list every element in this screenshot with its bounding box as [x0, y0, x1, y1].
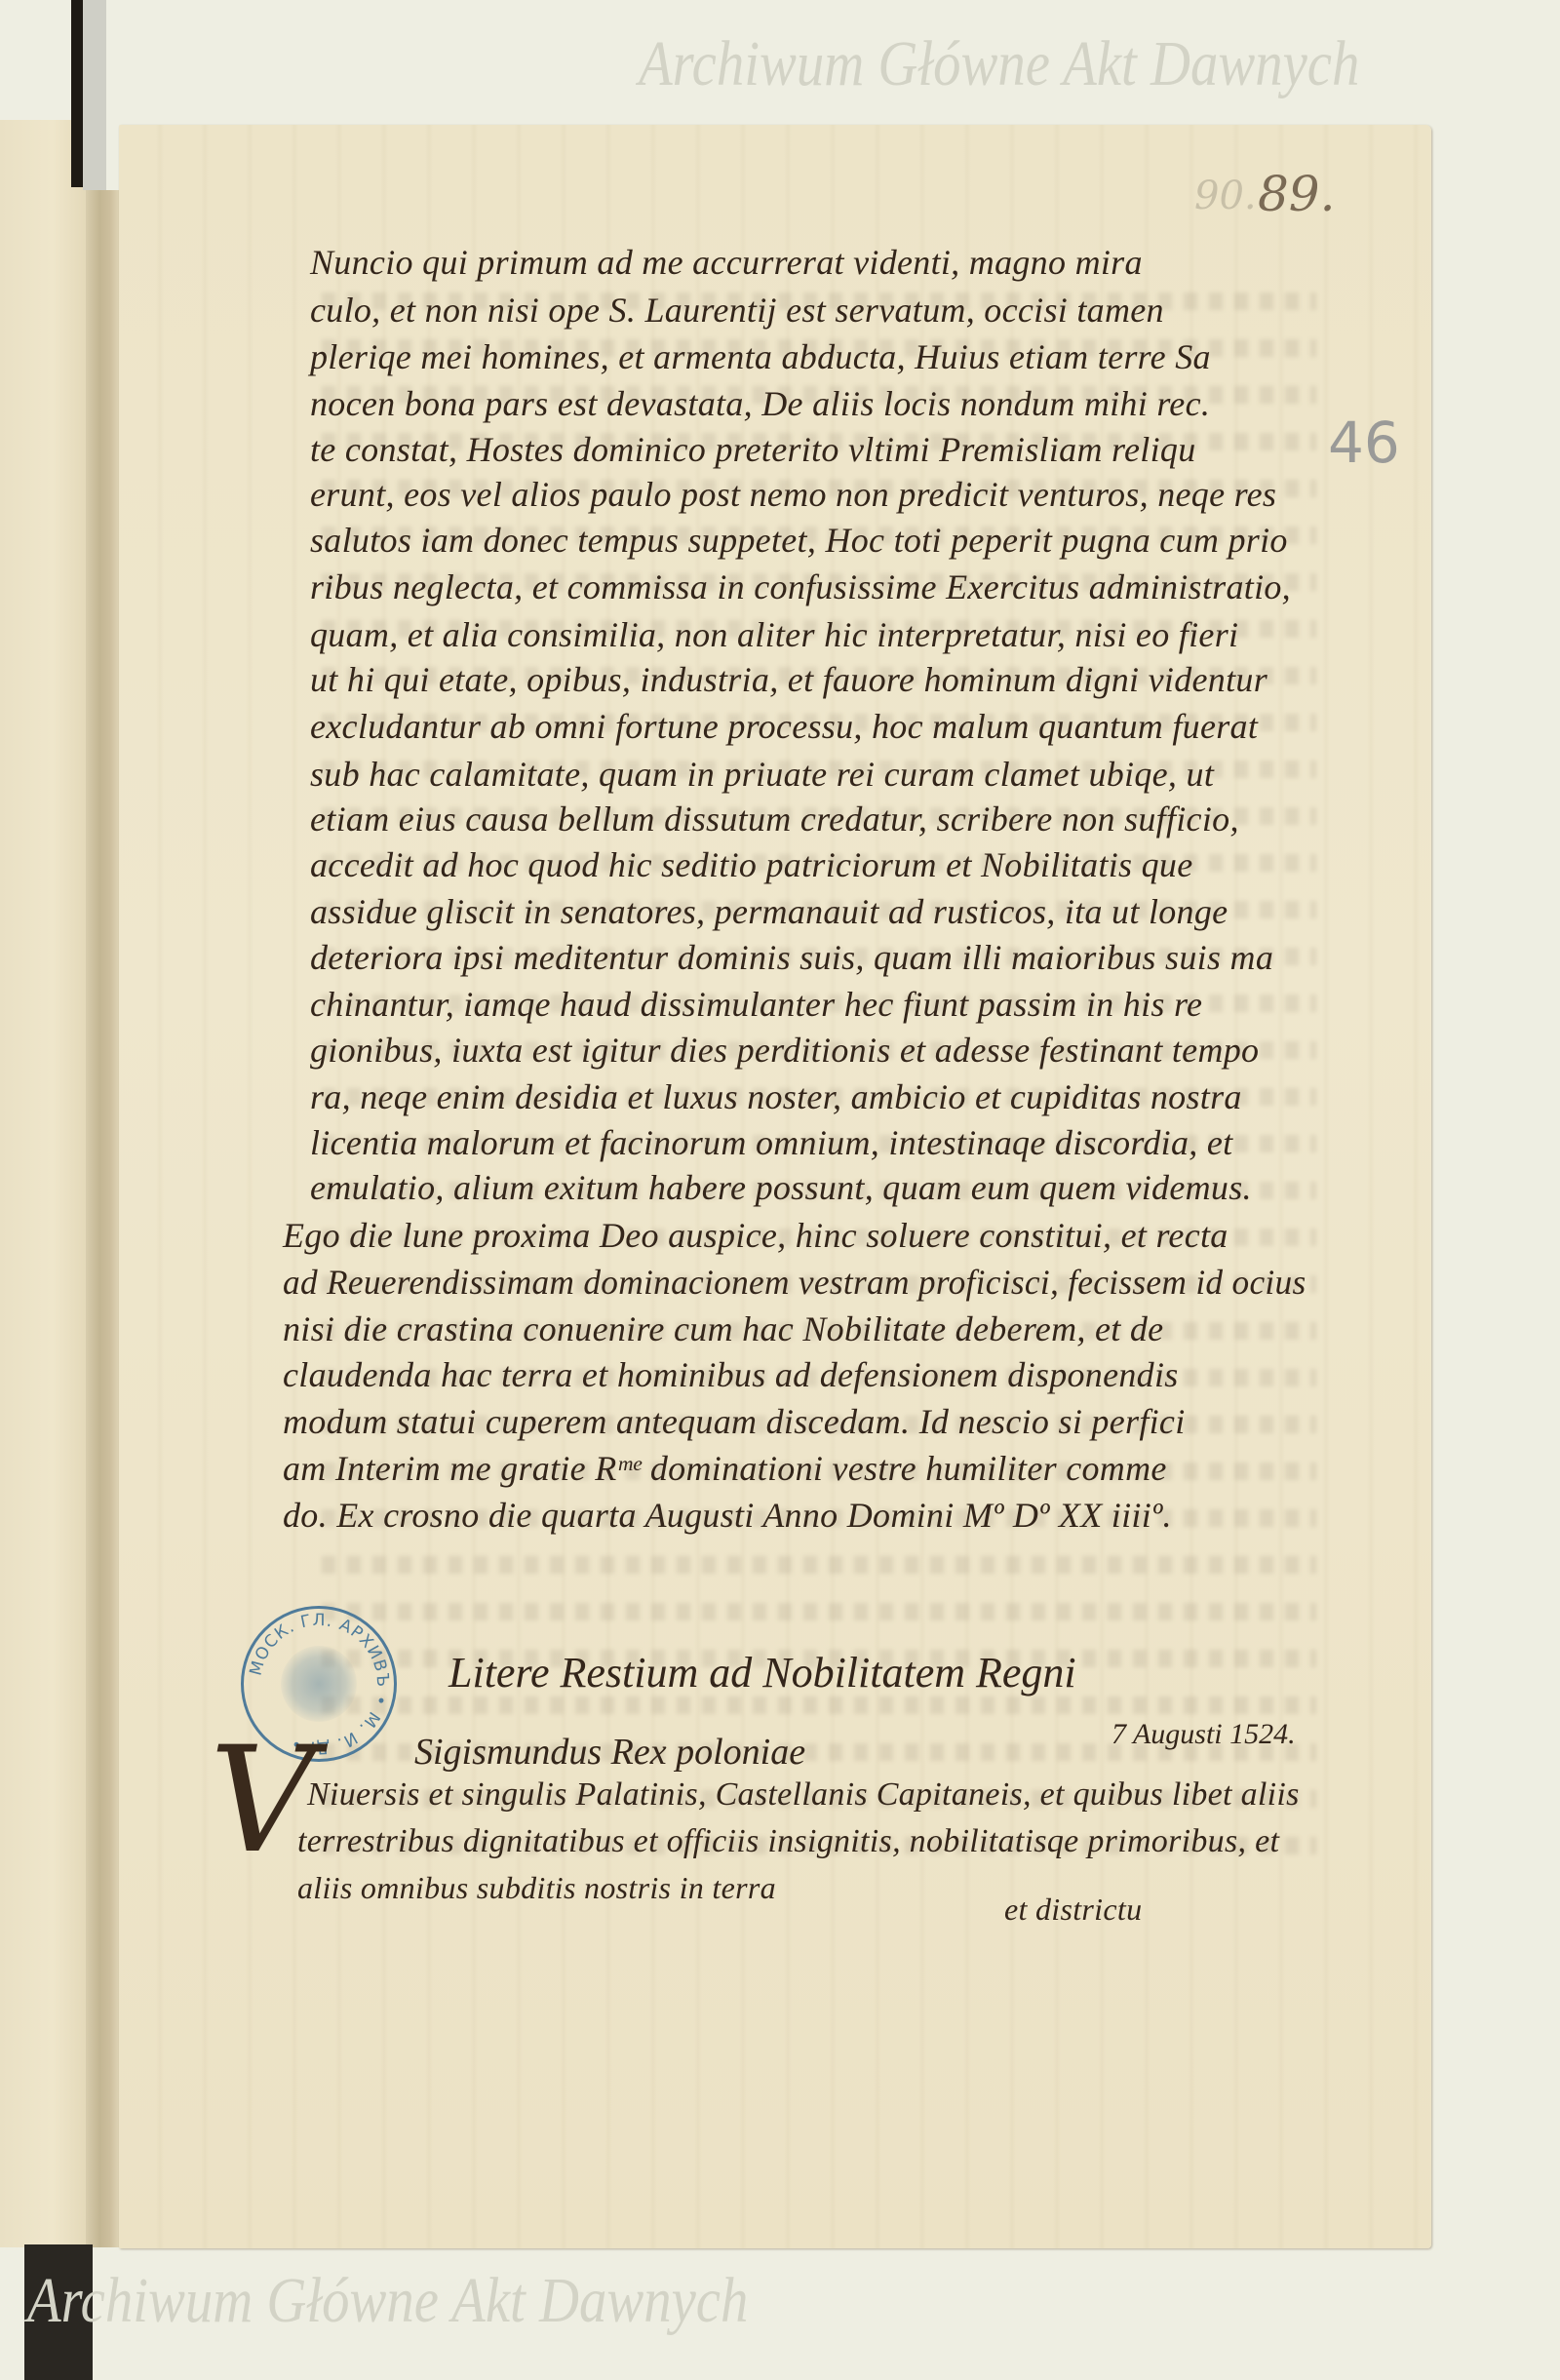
text-line: accedit ad hoc quod hic seditio patricio… — [310, 844, 1334, 885]
text-line: ra, neqe enim desidia et luxus noster, a… — [310, 1076, 1334, 1117]
text-line: deteriora ipsi meditentur dominis suis, … — [310, 937, 1334, 978]
text-line: licentia malorum et facinorum omnium, in… — [310, 1122, 1334, 1163]
document-heading: Litere Restium ad Nobilitatem Regni — [448, 1648, 1076, 1697]
text-line: erunt, eos vel alios paulo post nemo non… — [310, 474, 1334, 515]
text-line: chinantur, iamqe haud dissimulanter hec … — [310, 984, 1334, 1025]
text-line: ut hi qui etate, opibus, industria, et f… — [310, 659, 1334, 700]
bleed-through-stroke — [322, 1697, 1316, 1714]
text-line: terrestribus dignitatibus et officiis in… — [297, 1823, 1321, 1860]
text-line: Nuncio qui primum ad me accurrerat viden… — [310, 242, 1334, 283]
text-line: pleriqe mei homines, et armenta abducta,… — [310, 336, 1334, 377]
text-line: do. Ex crosno die quarta Augusti Anno Do… — [283, 1495, 1306, 1536]
text-line: excludantur ab omni fortune processu, ho… — [310, 706, 1334, 747]
text-line: nocen bona pars est devastata, De aliis … — [310, 383, 1334, 424]
archive-watermark-bottom: Archiwum Główne Akt Dawnych — [27, 2264, 748, 2338]
text-line: salutos iam donec tempus suppetet, Hoc t… — [310, 520, 1334, 561]
date-annotation: 7 Augusti 1524. — [1111, 1718, 1296, 1751]
text-line: sub hac calamitate, quam in priuate rei … — [310, 754, 1334, 795]
text-line: am Interim me gratie Rᵐᵉ dominationi ves… — [283, 1448, 1306, 1489]
text-line: te constat, Hostes dominico preterito vl… — [310, 429, 1334, 470]
left-facing-page — [0, 120, 88, 2247]
archive-watermark-top: Archiwum Główne Akt Dawnych — [639, 27, 1359, 101]
text-line: Ego die lune proxima Deo auspice, hinc s… — [283, 1215, 1306, 1256]
page-gutter-shadow — [86, 190, 121, 2247]
pencil-folio-number: 46 — [1328, 410, 1400, 476]
text-line: culo, et non nisi ope S. Laurentij est s… — [310, 290, 1334, 331]
folio-number-faint: 90. — [1194, 174, 1257, 218]
text-line: ad Reuerendissimam dominacionem vestram … — [283, 1262, 1287, 1303]
text-line: et districtu — [1004, 1892, 1199, 1928]
text-line: Niuersis et singulis Palatinis, Castella… — [307, 1776, 1331, 1814]
folio-number: 89. — [1258, 166, 1336, 222]
binding-spine — [71, 0, 83, 187]
text-line: assidue gliscit in senatores, permanauit… — [310, 891, 1334, 932]
text-line: quam, et alia consimilia, non aliter hic… — [310, 614, 1334, 655]
text-line: etiam eius causa bellum dissutum credatu… — [310, 799, 1334, 839]
bleed-through-stroke — [322, 1603, 1316, 1620]
sender-line: Sigismundus Rex poloniae — [414, 1731, 805, 1774]
text-line: nisi die crastina conuenire cum hac Nobi… — [283, 1308, 1306, 1349]
binding-gap — [83, 0, 106, 190]
bleed-through-stroke — [322, 1556, 1316, 1574]
text-line: claudenda hac terra et hominibus ad defe… — [283, 1354, 1306, 1395]
text-line: ribus neglecta, et commissa in confusiss… — [310, 566, 1334, 607]
text-line: emulatio, alium exitum habere possunt, q… — [310, 1167, 1334, 1208]
text-line: modum statui cuperem antequam discedam. … — [283, 1401, 1306, 1442]
text-line: gionibus, iuxta est igitur dies perditio… — [310, 1030, 1334, 1071]
